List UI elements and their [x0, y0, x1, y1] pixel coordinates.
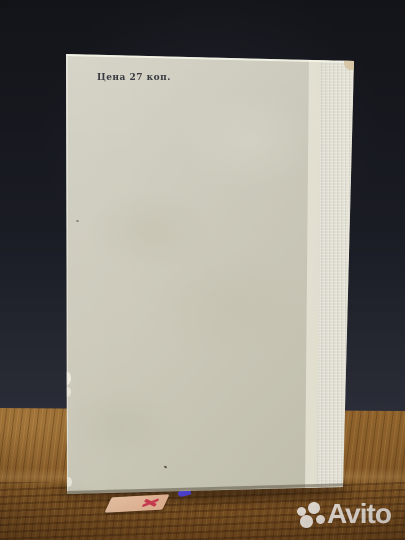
avito-logo-dot: [316, 515, 325, 524]
avito-wordmark: Avito: [327, 500, 391, 528]
price-label: Цена 27 коп.: [97, 73, 171, 83]
avito-dots-logo-icon: [293, 498, 327, 526]
faint-speck: [76, 220, 79, 222]
avito-logo-dot: [300, 515, 313, 528]
book-photo-scene: Цена 27 коп. Avito: [0, 0, 405, 540]
avito-watermark: Avito: [293, 498, 391, 528]
avito-logo-dot: [308, 502, 320, 514]
